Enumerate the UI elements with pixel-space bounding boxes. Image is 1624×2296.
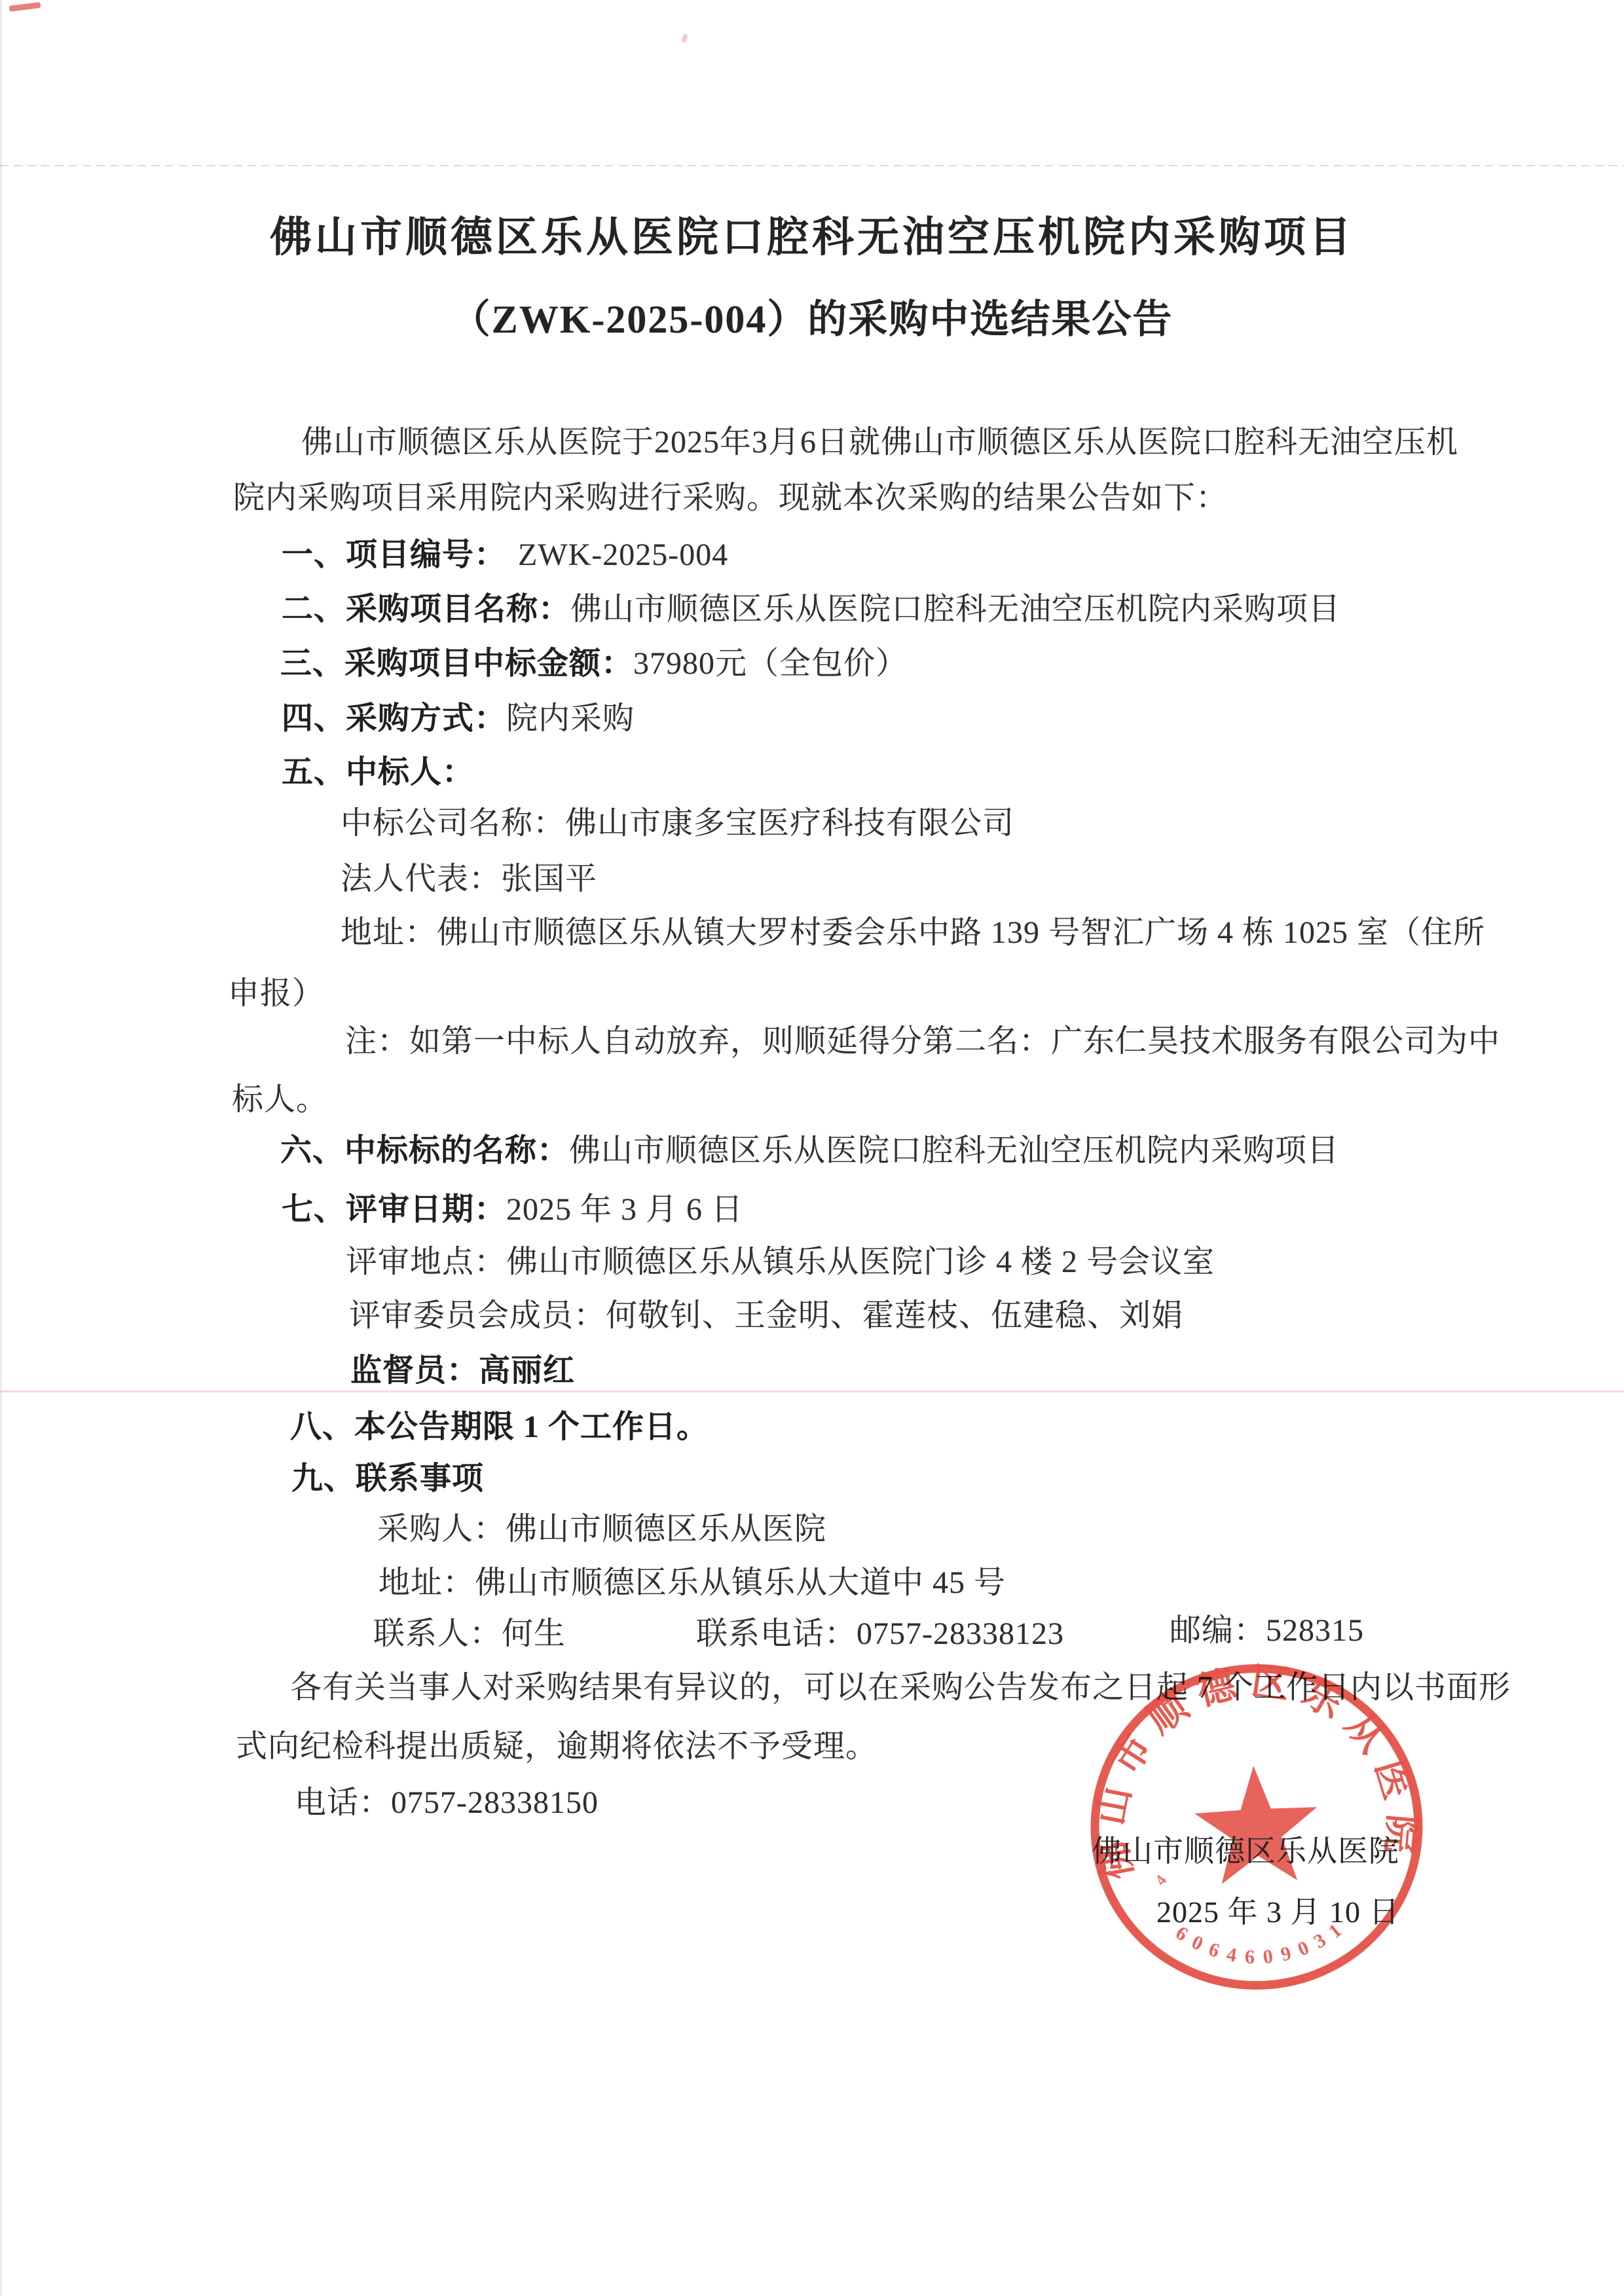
red-ink-speck xyxy=(9,2,41,12)
item-notice-period: 八、本公告期限 1 个工作日。 xyxy=(290,1409,709,1445)
item-label: 六、中标标的名称： xyxy=(280,1133,569,1168)
item-procurement-method: 四、采购方式：院内采购 xyxy=(282,701,635,737)
contact-postcode: 邮编：528315 xyxy=(1170,1613,1364,1649)
winner-note-line1: 注：如第一中标人自动放弃，则顺延得分第二名：广东仁昊技术服务有限公司为中 xyxy=(345,1023,1500,1059)
item-value: 2025 年 3 月 6 日 xyxy=(506,1192,743,1227)
scan-edge-artifact xyxy=(0,0,2,2296)
contact-phone: 联系电话：0757-28338123 xyxy=(696,1616,1064,1652)
item-label: 七、评审日期： xyxy=(282,1192,506,1227)
scanned-document-page: 佛山市顺德区乐从医院口腔科无油空压机院内采购项目 （ZWK-2025-004）的… xyxy=(0,0,1624,2296)
document-title-line1: 佛山市顺德区乐从医院口腔科无油空压机院内采购项目 xyxy=(0,213,1624,262)
item-review-date: 七、评审日期：2025 年 3 月 6 日 xyxy=(282,1192,743,1228)
item-label: 五、中标人： xyxy=(282,755,474,790)
signature-org: 佛山市顺德区乐从医院 xyxy=(1092,1827,1399,1870)
scan-artifact-line-middle xyxy=(0,1391,1624,1393)
document-title-line2: （ZWK-2025-004）的采购中选结果公告 xyxy=(0,297,1624,342)
red-ink-speck xyxy=(681,33,688,43)
item-value: 佛山市顺德区乐从医院口腔科无油空压机院内采购项目 xyxy=(570,592,1340,627)
item-label: 四、采购方式： xyxy=(282,701,506,736)
item-award-amount: 三、采购项目中标金额：37980元（全包价） xyxy=(280,646,908,682)
winner-address-line1: 地址：佛山市顺德区乐从镇大罗村委会乐中路 139 号智汇广场 4 栋 1025 … xyxy=(341,915,1485,951)
item-value: 院内采购 xyxy=(506,701,635,736)
winner-address-line2: 申报） xyxy=(228,975,324,1011)
item-award-subject-name: 六、中标标的名称：佛山市顺德区乐从医院口腔科无汕空压机院内采购项目 xyxy=(280,1133,1339,1169)
winner-legal-rep-line: 法人代表：张国平 xyxy=(341,861,597,897)
item-label: 三、采购项目中标金额： xyxy=(280,646,633,681)
intro-line1: 佛山市顺德区乐从医院于2025年3月6日就佛山市顺德区乐从医院口腔科无油空压机 xyxy=(301,424,1458,460)
contact-address-line: 地址：佛山市顺德区乐从镇乐从大道中 45 号 xyxy=(378,1565,1006,1601)
winner-note-line2: 标人。 xyxy=(232,1082,328,1118)
item-winner-heading: 五、中标人： xyxy=(282,754,474,790)
seal-small-mark: 4 xyxy=(1152,1872,1170,1889)
discipline-phone-line: 电话：0757-28338150 xyxy=(295,1785,599,1821)
signature-date: 2025 年 3 月 10 日 xyxy=(1156,1888,1400,1931)
item-label: 八、本公告期限 1 个工作日。 xyxy=(290,1410,709,1444)
item-contact-heading: 九、联系事项 xyxy=(291,1461,484,1497)
item-value: 37980元（全包价） xyxy=(633,646,908,681)
winner-company-line: 中标公司名称：佛山市康多宝医疗科技有限公司 xyxy=(341,805,1014,841)
item-label: 九、联系事项 xyxy=(291,1461,484,1496)
contact-person: 联系人：何生 xyxy=(373,1616,566,1652)
review-location-line: 评审地点：佛山市顺德区乐从镇乐从医院门诊 4 楼 2 号会议室 xyxy=(346,1244,1215,1280)
review-committee-line: 评审委员会成员：何敬钊、王金明、霍莲枝、伍建稳、刘娟 xyxy=(349,1298,1183,1334)
item-label: 一、项目编号： xyxy=(282,538,506,572)
item-project-name: 二、采购项目名称：佛山市顺德区乐从医院口腔科无油空压机院内采购项目 xyxy=(282,591,1340,627)
review-supervisor-line: 监督员：高丽红 xyxy=(350,1353,575,1389)
objection-line2: 式向纪检科提出质疑，逾期将依法不予受理。 xyxy=(236,1728,877,1764)
scan-artifact-line-top xyxy=(0,165,1624,166)
item-value: 佛山市顺德区乐从医院口腔科无汕空压机院内采购项目 xyxy=(569,1133,1339,1168)
item-project-number: 一、项目编号：ZWK-2025-004 xyxy=(282,537,728,573)
contact-buyer-line: 采购人：佛山市顺德区乐从医院 xyxy=(377,1511,826,1547)
item-label: 二、采购项目名称： xyxy=(282,592,570,627)
intro-line2: 院内采购项目采用院内采购进行采购。现就本次采购的结果公告如下： xyxy=(233,480,1228,516)
item-value: ZWK-2025-004 xyxy=(518,538,728,572)
